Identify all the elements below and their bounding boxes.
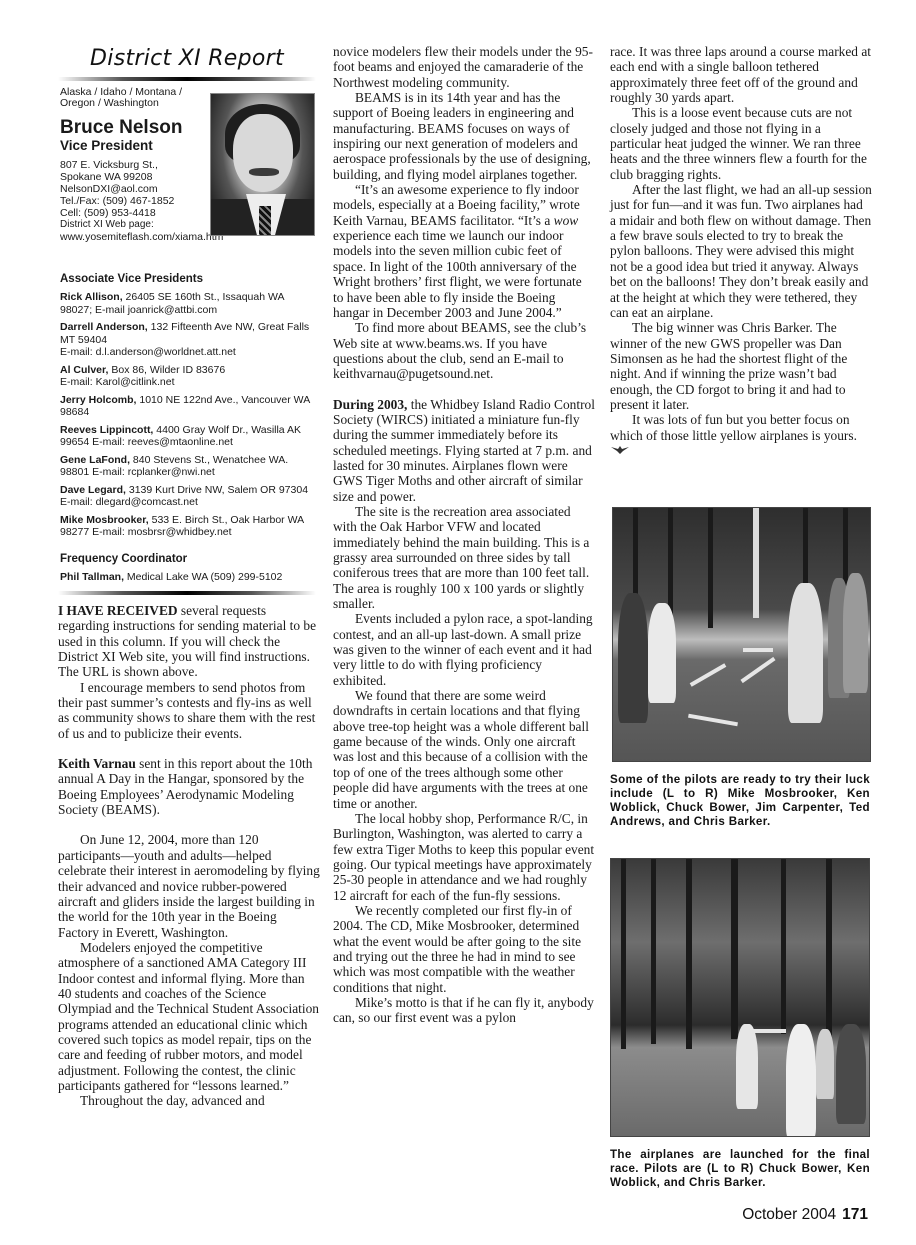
associate-vps-heading: Associate Vice Presidents — [60, 273, 316, 285]
paragraph: The site is the recreation area associat… — [333, 504, 595, 611]
paragraph: On June 12, 2004, more than 120 particip… — [58, 832, 320, 939]
associate-entry: Jerry Holcomb, 1010 NE 122nd Ave., Vanco… — [60, 394, 316, 419]
magazine-page: District XI Report Alaska / Idaho / Mont… — [0, 0, 916, 1245]
associate-entry: Mike Mosbrooker, 533 E. Birch St., Oak H… — [60, 514, 316, 539]
vice-president-block: Alaska / Idaho / Montana / Oregon / Wash… — [58, 87, 316, 255]
region-list: Alaska / Idaho / Montana / Oregon / Wash… — [60, 87, 210, 108]
paragraph: During 2003, the Whidbey Island Radio Co… — [333, 397, 595, 504]
portrait-photo — [210, 93, 315, 236]
page-footer: October 2004171 — [742, 1206, 868, 1224]
issue-date: October 2004 — [742, 1206, 836, 1223]
page-number: 171 — [842, 1206, 868, 1223]
paragraph: We recently completed our first fly-in o… — [333, 903, 595, 995]
ama-wings-icon — [611, 446, 629, 454]
associate-entry: Rick Allison, 26405 SE 160th St., Issaqu… — [60, 291, 316, 316]
paragraph: The big winner was Chris Barker. The win… — [610, 320, 872, 412]
paragraph: Events included a pylon race, a spot-lan… — [333, 611, 595, 688]
paragraph: Mike’s motto is that if he can fly it, a… — [333, 995, 595, 1026]
page-title: District XI Report — [58, 46, 316, 71]
paragraph: Keith Varnau sent in this report about t… — [58, 756, 320, 817]
associate-entry: Reeves Lippincott, 4400 Gray Wolf Dr., W… — [60, 424, 316, 449]
frequency-coordinator-entry: Phil Tallman, Medical Lake WA (509) 299-… — [60, 571, 316, 584]
photo-airplane-launch — [610, 858, 870, 1137]
paragraph: The local hobby shop, Performance R/C, i… — [333, 811, 595, 903]
divider — [58, 591, 316, 595]
article-column-1: I HAVE RECEIVED several requests regardi… — [58, 603, 320, 1109]
paragraph: “It’s an awesome experience to fly indoo… — [333, 182, 595, 320]
article-column-3: race. It was three laps around a course … — [610, 44, 872, 458]
paragraph: We found that there are some weird downd… — [333, 688, 595, 811]
divider — [58, 77, 316, 81]
paragraph: This is a loose event because cuts are n… — [610, 105, 872, 182]
article-column-2: novice modelers flew their models under … — [333, 44, 595, 1026]
paragraph: I HAVE RECEIVED several requests regardi… — [58, 603, 320, 680]
district-sidebar: District XI Report Alaska / Idaho / Mont… — [58, 40, 316, 601]
paragraph: It was lots of fun but you better focus … — [610, 412, 872, 458]
associate-entry: Dave Legard, 3139 Kurt Drive NW, Salem O… — [60, 484, 316, 509]
paragraph: After the last flight, we had an all-up … — [610, 182, 872, 320]
paragraph: Throughout the day, advanced and — [58, 1093, 320, 1108]
photo-pilots-with-airplanes — [612, 507, 871, 762]
paragraph: novice modelers flew their models under … — [333, 44, 595, 90]
paragraph: BEAMS is in its 14th year and has the su… — [333, 90, 595, 182]
photo-caption: The airplanes are launched for the final… — [610, 1148, 870, 1190]
frequency-coordinator-heading: Frequency Coordinator — [60, 553, 316, 565]
paragraph: To find more about BEAMS, see the club’s… — [333, 320, 595, 381]
paragraph: race. It was three laps around a course … — [610, 44, 872, 105]
associate-entry: Darrell Anderson, 132 Fifteenth Ave NW, … — [60, 321, 316, 359]
photo-caption: Some of the pilots are ready to try thei… — [610, 773, 870, 829]
paragraph: I encourage members to send photos from … — [58, 680, 320, 741]
associate-entry: Al Culver, Box 86, Wilder ID 83676E-mail… — [60, 364, 316, 389]
paragraph: Modelers enjoyed the competitive atmosph… — [58, 940, 320, 1093]
associate-entry: Gene LaFond, 840 Stevens St., Wenatchee … — [60, 454, 316, 479]
